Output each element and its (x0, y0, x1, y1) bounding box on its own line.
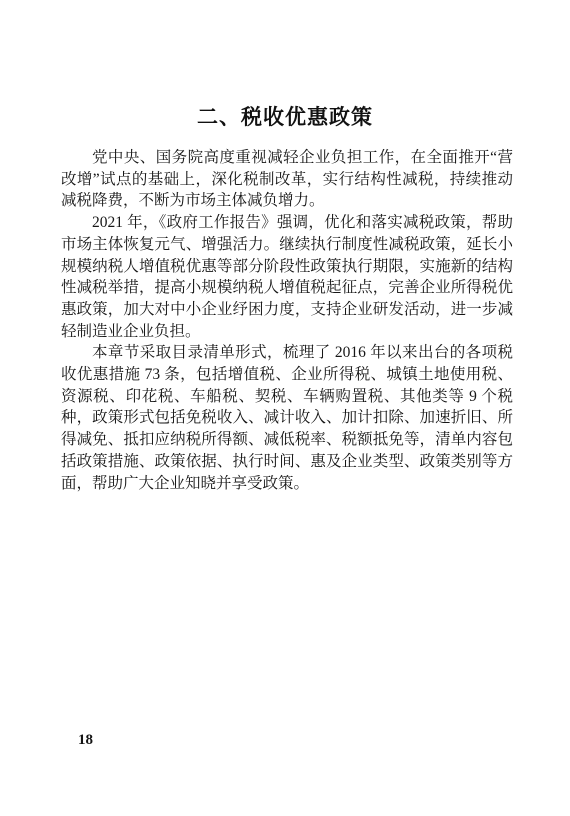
body-text: 党中央、国务院高度重视减轻企业负担工作，在全面推开“营改增”试点的基础上，深化税… (61, 147, 513, 494)
paragraph-chapter-overview: 本章节采取目录清单形式，梳理了 2016 年以来出台的各项税收优惠措施 73 条… (61, 342, 513, 494)
paragraph-2021-report: 2021 年，《政府工作报告》强调，优化和落实减税政策，帮助市场主体恢复元气、增… (61, 212, 513, 342)
section-title: 二、税收优惠政策 (0, 101, 570, 131)
paragraph-intro: 党中央、国务院高度重视减轻企业负担工作，在全面推开“营改增”试点的基础上，深化税… (61, 147, 513, 212)
document-page: 二、税收优惠政策 党中央、国务院高度重视减轻企业负担工作，在全面推开“营改增”试… (0, 0, 570, 816)
page-number: 18 (78, 732, 93, 749)
